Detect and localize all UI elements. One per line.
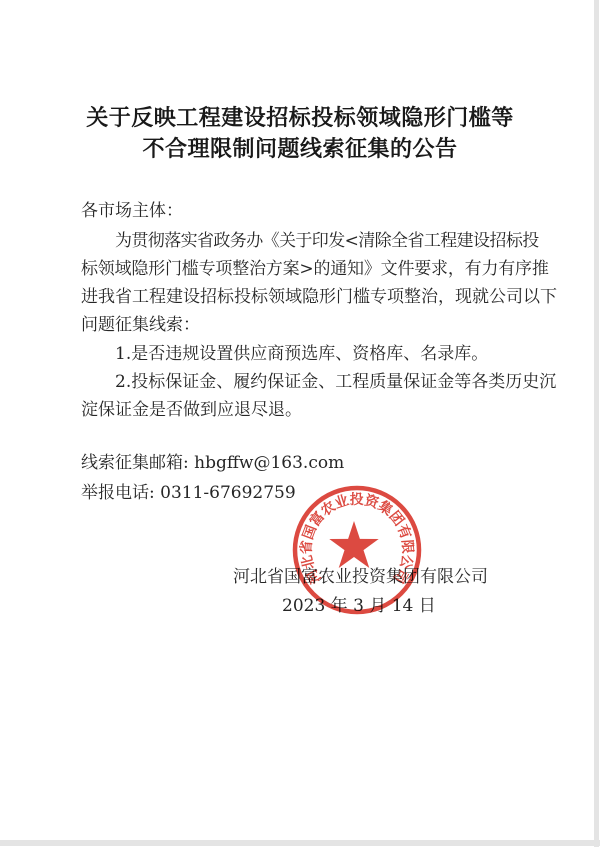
phone-value: 0311-67692759 <box>160 483 296 503</box>
paragraph1-line1: 为贯彻落实省政务办《关于印发<清除全省工程建设招标投 <box>115 226 539 251</box>
report-phone-line: 举报电话: 0311-67692759 <box>81 478 296 503</box>
phone-label: 举报电话: <box>81 483 160 503</box>
seal-star-icon <box>329 521 378 568</box>
paragraph1-line4: 问题征集线索： <box>81 310 200 335</box>
page-bottom-edge <box>0 840 600 846</box>
paragraph1-line3: 进我省工程建设招标投标领域隐形门槛专项整治，现就公司以下 <box>81 282 557 307</box>
document-title-line1: 关于反映工程建设招标投标领域隐形门槛等 <box>0 101 600 132</box>
paragraph1-line2: 标领域隐形门槛专项整治方案>的通知》文件要求，有力有序推 <box>81 254 549 279</box>
email-label: 线索征集邮箱: <box>81 453 194 473</box>
page-right-edge <box>594 0 599 847</box>
salutation: 各市场主体： <box>81 196 183 221</box>
list-item-1: 1.是否违规设置供应商预选库、资格库、名录库。 <box>115 339 488 364</box>
list-item-2-line1: 2.投标保证金、履约保证金、工程质量保证金等各类历史沉 <box>115 367 556 392</box>
list-item-2-line2: 淀保证金是否做到应退尽退。 <box>81 395 302 420</box>
company-seal-icon: 河北省国富农业投资集团有限公司 <box>283 478 431 624</box>
document-title-line2: 不合理限制问题线索征集的公告 <box>0 132 600 163</box>
announcement-document: 关于反映工程建设招标投标领域隐形门槛等 不合理限制问题线索征集的公告 各市场主体… <box>0 0 600 847</box>
email-value: hbgffw@163.com <box>194 453 344 473</box>
clue-email-line: 线索征集邮箱: hbgffw@163.com <box>81 448 344 473</box>
